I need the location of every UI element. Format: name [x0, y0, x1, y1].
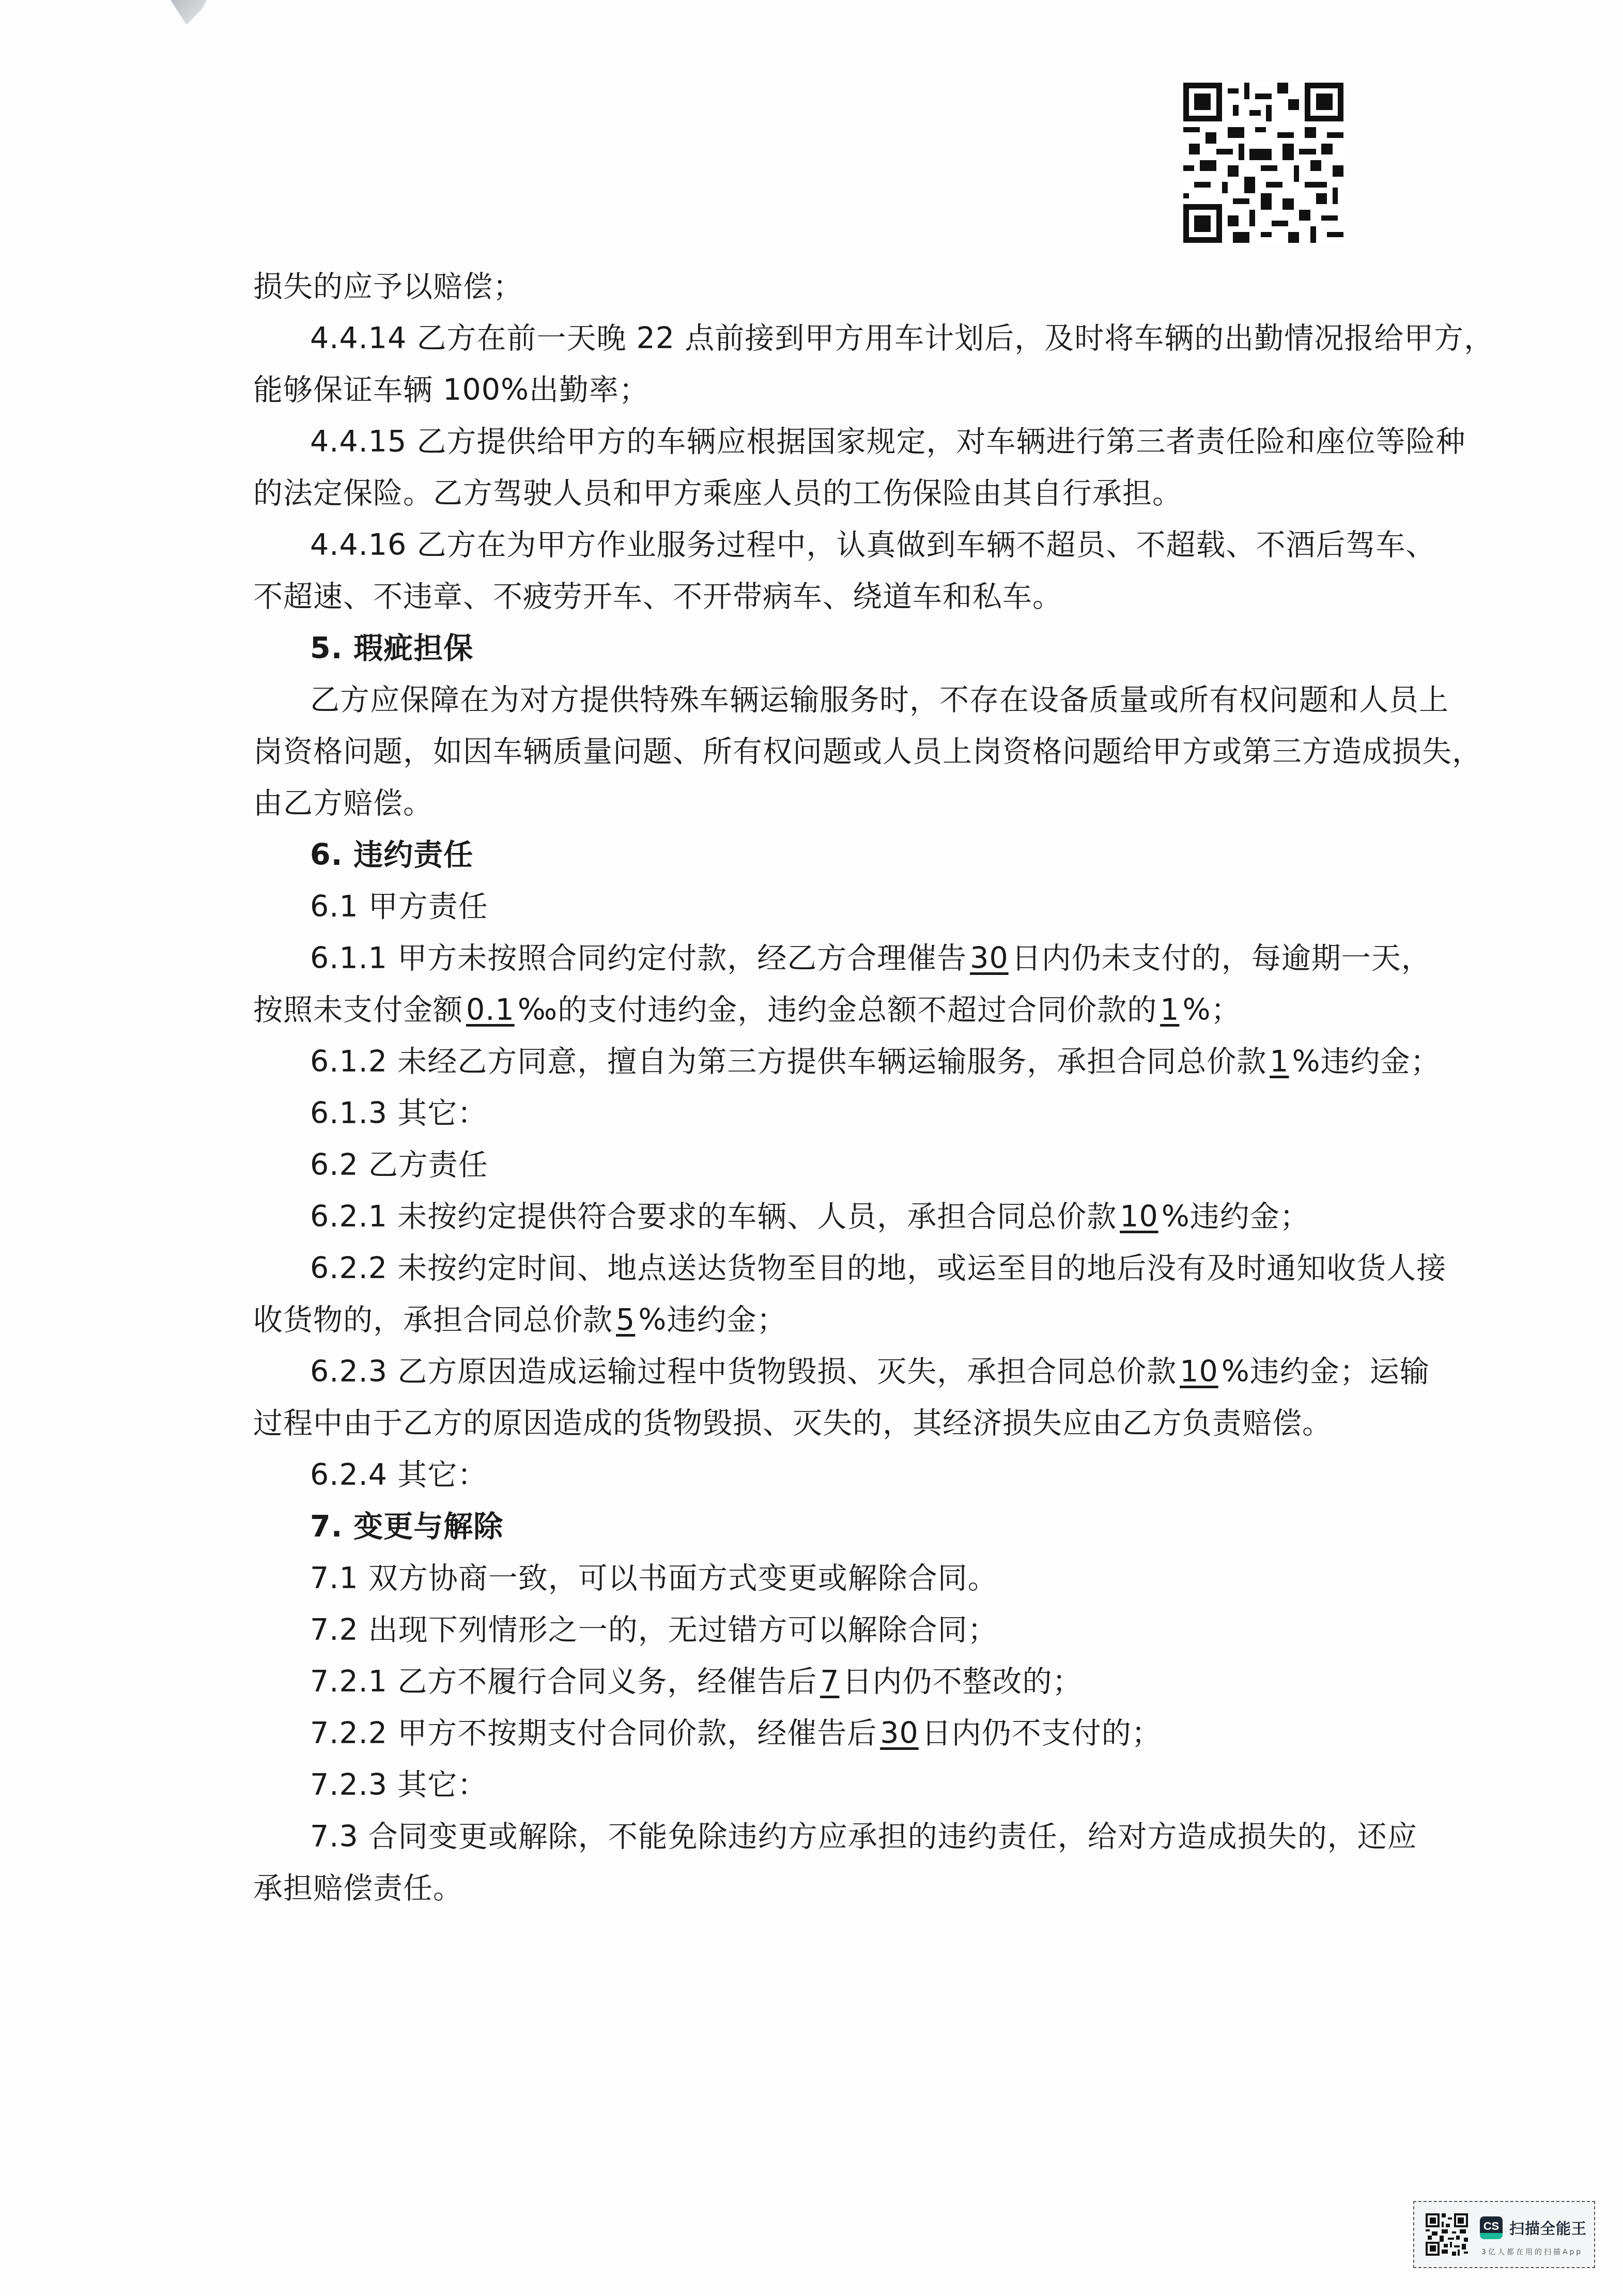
- clause-6-2-1: 6.2.1 未按约定提供符合要求的车辆、人员，承担合同总价款10%违约金；: [253, 1191, 1369, 1243]
- clause-text: 6.1.2 未经乙方同意，擅自为第三方提供车辆运输服务，承担合同总价款: [310, 1045, 1266, 1079]
- section-heading-5: 5. 瑕疵担保: [253, 623, 1369, 674]
- clause-7-2-3: 7.2.3 其它：: [253, 1759, 1369, 1811]
- subsection-heading-6-2: 6.2 乙方责任: [253, 1139, 1369, 1191]
- text-line: 能够保证车辆 100%出勤率；: [253, 364, 1369, 416]
- clause-6-1-3: 6.1.3 其它：: [253, 1088, 1369, 1139]
- clause-6-2-4: 6.2.4 其它：: [253, 1449, 1369, 1501]
- filled-blank-days: 30: [877, 1716, 922, 1750]
- clause-text: 7.2.2 甲方不按期支付合同价款，经催告后: [310, 1716, 877, 1750]
- clause-text: 日内仍未支付的，每逾期一天，: [1012, 941, 1431, 975]
- filled-blank-days: 30: [967, 941, 1012, 975]
- qr-code-icon: [1181, 83, 1346, 243]
- clause-6-2-2-cont: 收货物的，承担合同总价款5%违约金；: [253, 1294, 1369, 1346]
- filled-blank-percent: 1: [1266, 1045, 1292, 1079]
- clause-6-2-3: 6.2.3 乙方原因造成运输过程中货物毁损、灭失，承担合同总价款10%违约金；运…: [253, 1346, 1369, 1398]
- page-corner-fold: [171, 0, 207, 31]
- app-tagline: 3亿人都在用的扫描App: [1481, 2246, 1583, 2257]
- filled-blank-percent: 10: [1117, 1200, 1162, 1234]
- clause-text: %违约金；: [1162, 1200, 1310, 1234]
- clause-6-1-2: 6.1.2 未经乙方同意，擅自为第三方提供车辆运输服务，承担合同总价款1%违约金…: [253, 1036, 1369, 1088]
- text-line: 的法定保险。乙方驾驶人员和甲方乘座人员的工伤保险由其自行承担。: [253, 468, 1369, 519]
- clause-text: 日内仍不支付的；: [922, 1716, 1162, 1750]
- clause-7-3: 7.3 合同变更或解除，不能免除违约方应承担的违约责任，给对方造成损失的，还应: [253, 1811, 1369, 1863]
- clause-7-3-cont: 承担赔偿责任。: [253, 1863, 1369, 1914]
- section-heading-7: 7. 变更与解除: [253, 1501, 1369, 1553]
- clause-6-1-1: 6.1.1 甲方未按照合同约定付款，经乙方合理催告30日内仍未支付的，每逾期一天…: [253, 933, 1369, 984]
- contract-body: 损失的应予以赔偿； 4.4.14 乙方在前一天晚 22 点前接到甲方用车计划后，…: [253, 261, 1369, 1914]
- clause-7-1: 7.1 双方协商一致，可以书面方式变更或解除合同。: [253, 1553, 1369, 1604]
- clause-text: %违约金；: [638, 1303, 786, 1337]
- clause-text: 6.1.1 甲方未按照合同约定付款，经乙方合理催告: [310, 941, 967, 975]
- section-5-paragraph: 乙方应保障在为对方提供特殊车辆运输服务时，不存在设备质量或所有权问题和人员上: [253, 674, 1369, 726]
- section-heading-6: 6. 违约责任: [253, 829, 1369, 881]
- camscanner-watermark[interactable]: CS 扫描全能王 3亿人都在用的扫描App: [1413, 2201, 1595, 2268]
- text-line: 由乙方赔偿。: [253, 778, 1369, 829]
- filled-blank-cap: 1: [1157, 993, 1182, 1027]
- subsection-heading-6-1: 6.1 甲方责任: [253, 881, 1369, 933]
- filled-blank-days: 7: [817, 1665, 842, 1699]
- clause-7-2: 7.2 出现下列情形之一的，无过错方可以解除合同；: [253, 1604, 1369, 1656]
- clause-6-2-3-cont: 过程中由于乙方的原因造成的货物毁损、灭失的，其经济损失应由乙方负责赔偿。: [253, 1398, 1369, 1449]
- filled-blank-percent: 10: [1177, 1355, 1222, 1389]
- scanned-page: 损失的应予以赔偿； 4.4.14 乙方在前一天晚 22 点前接到甲方用车计划后，…: [0, 0, 1623, 2296]
- camscanner-logo-icon: CS: [1480, 2216, 1503, 2239]
- clause-text: 收货物的，承担合同总价款: [253, 1303, 613, 1337]
- clause-4-4-14: 4.4.14 乙方在前一天晚 22 点前接到甲方用车计划后，及时将车辆的出勤情况…: [253, 313, 1369, 364]
- clause-4-4-15: 4.4.15 乙方提供给甲方的车辆应根据国家规定，对车辆进行第三者责任险和座位等…: [253, 416, 1369, 468]
- clause-text: ‰的支付违约金，违约金总额不超过合同价款的: [518, 993, 1157, 1027]
- clause-text: %违约金；运输: [1222, 1355, 1430, 1389]
- clause-text: %；: [1182, 993, 1241, 1027]
- clause-7-2-1: 7.2.1 乙方不履行合同义务，经催告后7日内仍不整改的；: [253, 1656, 1369, 1708]
- text-line: 损失的应予以赔偿；: [253, 261, 1369, 313]
- clause-4-4-16: 4.4.16 乙方在为甲方作业服务过程中，认真做到车辆不超员、不超载、不酒后驾车…: [253, 519, 1369, 571]
- clause-text: 7.2.1 乙方不履行合同义务，经催告后: [310, 1665, 817, 1699]
- filled-blank-rate: 0.1: [463, 993, 518, 1027]
- clause-text: 6.2.3 乙方原因造成运输过程中货物毁损、灭失，承担合同总价款: [310, 1355, 1177, 1389]
- filled-blank-percent: 5: [613, 1303, 638, 1337]
- qr-code-icon: [1426, 2213, 1468, 2256]
- clause-text: %违约金；: [1292, 1045, 1440, 1079]
- clause-text: 6.2.1 未按约定提供符合要求的车辆、人员，承担合同总价款: [310, 1200, 1117, 1234]
- text-line: 不超速、不违章、不疲劳开车、不开带病车、绕道车和私车。: [253, 571, 1369, 623]
- app-name: 扫描全能王: [1509, 2217, 1587, 2239]
- clause-6-1-1-cont: 按照未支付金额0.1‰的支付违约金，违约金总额不超过合同价款的1%；: [253, 984, 1369, 1036]
- clause-text: 按照未支付金额: [253, 993, 463, 1027]
- text-line: 岗资格问题，如因车辆质量问题、所有权问题或人员上岗资格问题给甲方或第三方造成损失…: [253, 726, 1369, 778]
- clause-7-2-2: 7.2.2 甲方不按期支付合同价款，经催告后30日内仍不支付的；: [253, 1708, 1369, 1759]
- clause-text: 日内仍不整改的；: [842, 1665, 1082, 1699]
- clause-6-2-2: 6.2.2 未按约定时间、地点送达货物至目的地，或运至目的地后没有及时通知收货人…: [253, 1243, 1369, 1294]
